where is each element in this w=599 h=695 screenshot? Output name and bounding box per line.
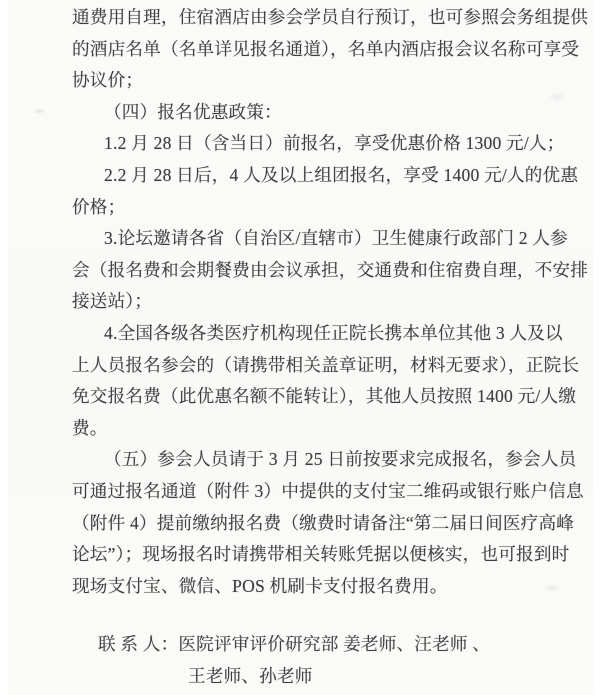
text-line: 会（报名费和会期餐费由会议承担，交通费和住宿费自理，不安排 [72, 255, 588, 287]
document-page: 通费用自理，住宿酒店由参会学员自行预订，也可参照会务组提供的酒店名单（名单详见报… [0, 0, 599, 695]
text-line: （五）参会人员请于 3 月 25 日前按要求完成报名，参会人员 [72, 444, 588, 476]
text-line: 可通过报名通道（附件 3）中提供的支付宝二维码或银行账户信息 [72, 476, 588, 508]
text-line: 1.2 月 28 日（含当日）前报名，享受优惠价格 1300 元/人； [72, 128, 588, 160]
scan-artifact [32, 108, 46, 114]
text-line: （附件 4）提前缴纳报名费（缴费时请备注“第二届日间医疗高峰 [72, 508, 588, 540]
text-line: 现场支付宝、微信、POS 机刷卡支付报名费用。 [72, 571, 588, 603]
text-line: 论坛”）；现场报名时请携带相关转账凭据以便核实，也可报到时 [72, 539, 588, 571]
text-line: 费。 [72, 413, 588, 445]
text-line: 接送站）； [72, 286, 588, 318]
text-line: 的酒店名单（名单详见报名通道），名单内酒店报会议名称可享受 [72, 34, 588, 66]
document-body: 通费用自理，住宿酒店由参会学员自行预订，也可参照会务组提供的酒店名单（名单详见报… [72, 2, 588, 692]
text-line: 联 系 人：医院评审评价研究部 姜老师、汪老师 、 [72, 629, 588, 661]
text-line: 协议价； [72, 65, 588, 97]
text-line: 通费用自理，住宿酒店由参会学员自行预订，也可参照会务组提供 [72, 2, 588, 34]
scanned-paper: 通费用自理，住宿酒店由参会学员自行预订，也可参照会务组提供的酒店名单（名单详见报… [8, 0, 593, 695]
text-line: 王老师、孙老师 [72, 661, 588, 693]
text-line: 3.论坛邀请各省（自治区/直辖市）卫生健康行政部门 2 人参 [72, 223, 588, 255]
text-line: 4.全国各级各类医疗机构现任正院长携本单位其他 3 人及以 [72, 318, 588, 350]
text-line: 免交报名费（此优惠名额不能转让），其他人员按照 1400 元/人缴 [72, 381, 588, 413]
text-line: （四）报名优惠政策： [72, 97, 588, 129]
text-line: 上人员报名参会的（请携带相关盖章证明，材料无要求），正院长 [72, 350, 588, 382]
text-line: 价格； [72, 192, 588, 224]
text-line: 2.2 月 28 日后，4 人及以上组团报名，享受 1400 元/人的优惠 [72, 160, 588, 192]
